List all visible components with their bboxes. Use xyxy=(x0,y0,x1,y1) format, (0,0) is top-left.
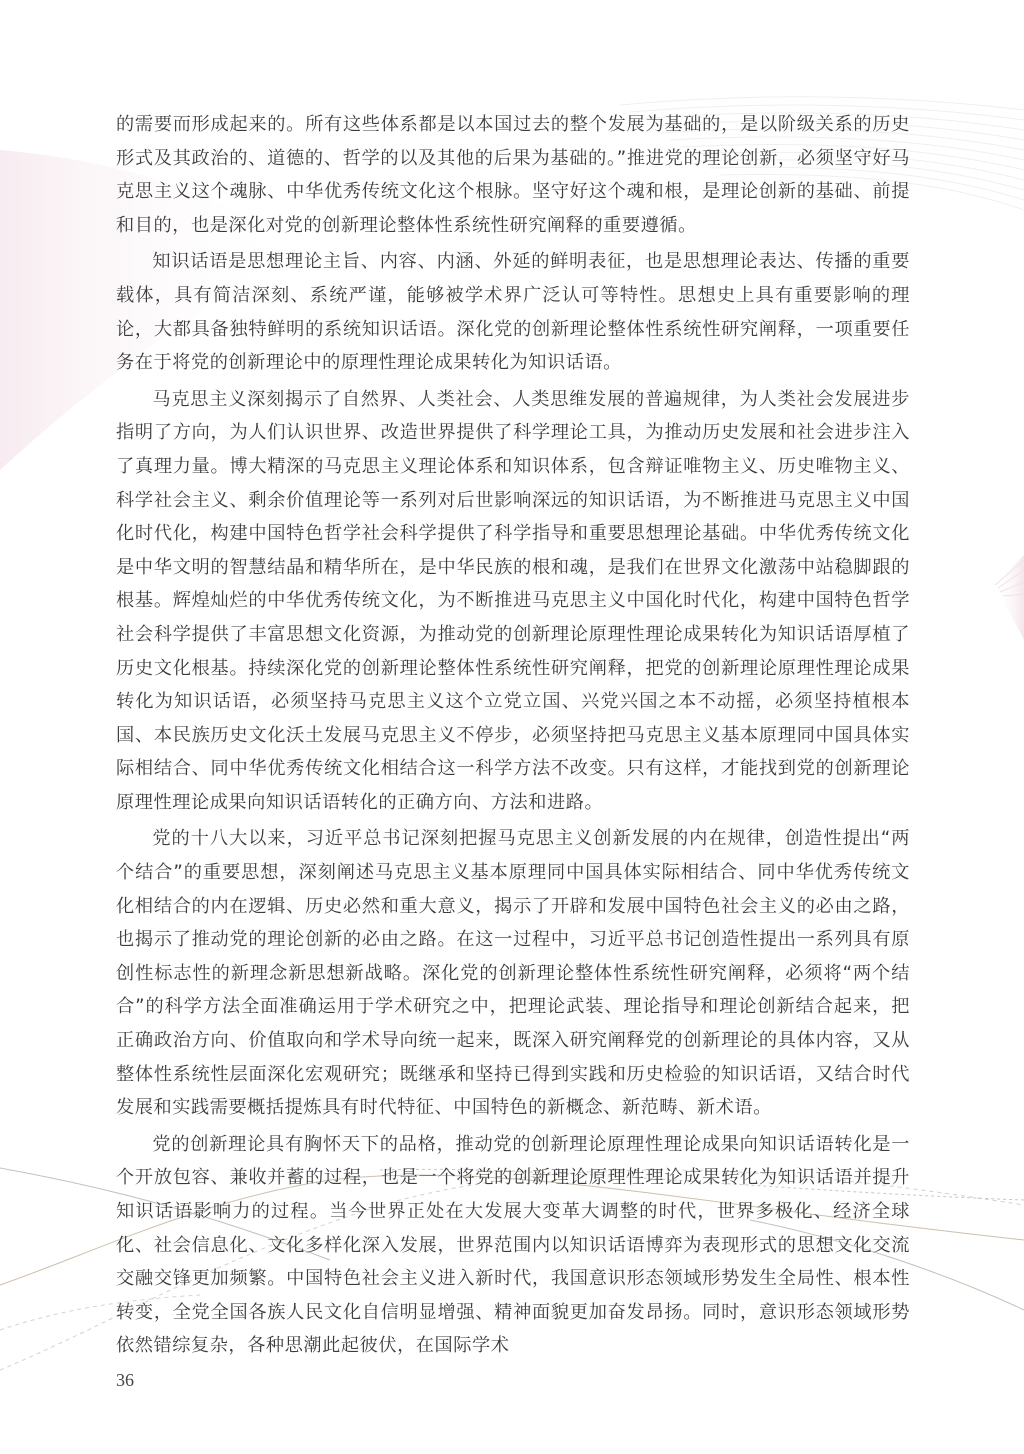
paragraph-3: 马克思主义深刻揭示了自然界、人类社会、人类思维发展的普遍规律，为人类社会发展进步… xyxy=(116,383,910,820)
paragraph-5: 党的创新理论具有胸怀天下的品格，推动党的创新理论原理性理论成果向知识话语转化是一… xyxy=(116,1128,910,1363)
document-body: 的需要而形成起来的。所有这些体系都是以本国过去的整个发展为基础的，是以阶级关系的… xyxy=(116,108,910,1363)
page-number: 36 xyxy=(116,1370,134,1391)
paragraph-4: 党的十八大以来，习近平总书记深刻把握马克思主义创新发展的内在规律，创造性提出“两… xyxy=(116,822,910,1124)
paragraph-2: 知识话语是思想理论主旨、内容、内涵、外延的鲜明表征，也是思想理论表达、传播的重要… xyxy=(116,245,910,379)
paragraph-1: 的需要而形成起来的。所有这些体系都是以本国过去的整个发展为基础的，是以阶级关系的… xyxy=(116,108,910,242)
